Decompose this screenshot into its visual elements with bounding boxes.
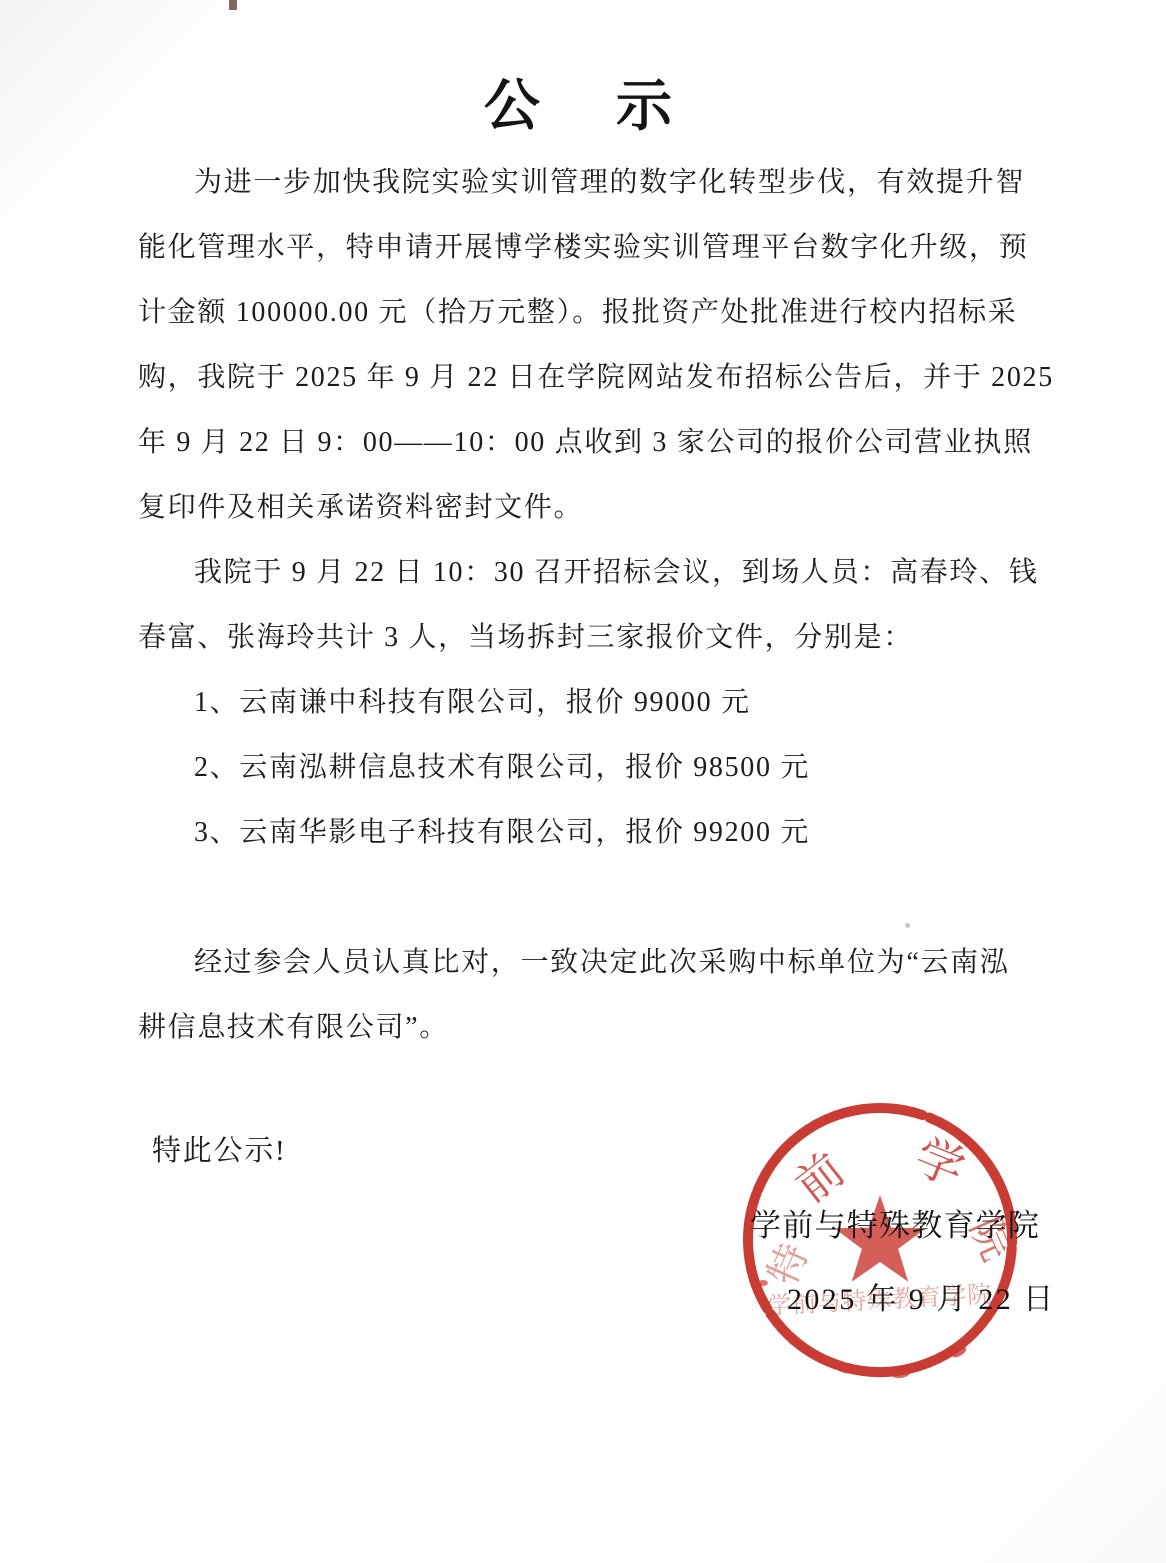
body-line: 年 9 月 22 日 9：00——10：00 点收到 3 家公司的报价公司营业执… bbox=[138, 410, 1038, 475]
body-line: 耕信息技术有限公司”。 bbox=[138, 995, 1038, 1060]
body-line: 春富、张海玲共计 3 人，当场拆封三家报价文件，分别是： bbox=[138, 605, 1038, 670]
body-line: 能化管理水平，特申请开展博学楼实验实训管理平台数字化升级，预 bbox=[138, 215, 1038, 280]
body-line: 经过参会人员认真比对，一致决定此次采购中标单位为“云南泓 bbox=[138, 930, 1038, 995]
body-line: 计金额 100000.00 元（拾万元整）。报批资产处批准进行校内招标采 bbox=[138, 280, 1038, 345]
scan-artifact-mark bbox=[229, 0, 237, 10]
body-line: 我院于 9 月 22 日 10：30 召开招标会议，到场人员：高春玲、钱 bbox=[138, 540, 1038, 605]
bid-item: 3、云南华影电子科技有限公司，报价 99200 元 bbox=[194, 800, 1038, 865]
notice-body: 为进一步加快我院实验实训管理的数字化转型步伐，有效提升智 能化管理水平，特申请开… bbox=[138, 150, 1038, 1060]
page-title: 公 示 bbox=[0, 62, 1166, 142]
signature-date: 2025 年 9 月 22 日 bbox=[787, 1274, 1056, 1318]
bid-item: 2、云南泓耕信息技术有限公司，报价 98500 元 bbox=[194, 735, 1038, 800]
signature-organization: 学前与特殊教育学院 bbox=[750, 1200, 1040, 1245]
notice-statement: 特此公示! bbox=[152, 1128, 286, 1169]
body-line: 为进一步加快我院实验实训管理的数字化转型步伐，有效提升智 bbox=[138, 150, 1038, 215]
bid-item: 1、云南谦中科技有限公司，报价 99000 元 bbox=[194, 670, 1038, 735]
blank-line bbox=[138, 865, 1038, 930]
body-line: 购，我院于 2025 年 9 月 22 日在学院网站发布招标公告后，并于 202… bbox=[138, 345, 1038, 410]
notice-document: 公 示 为进一步加快我院实验实训管理的数字化转型步伐，有效提升智 能化管理水平，… bbox=[0, 0, 1166, 1563]
body-line: 复印件及相关承诺资料密封文件。 bbox=[138, 475, 1038, 540]
